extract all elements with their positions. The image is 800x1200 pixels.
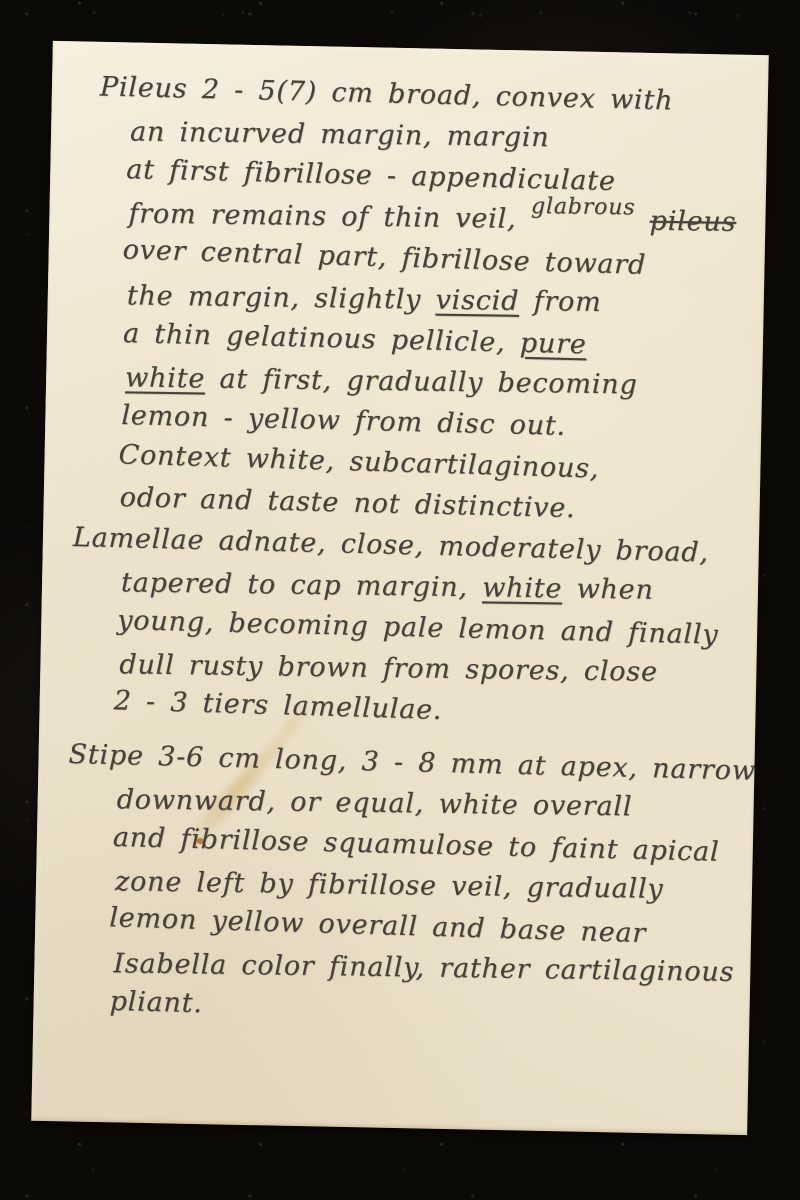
note-text: at first, gradually becoming: [205, 363, 638, 400]
note-text: an incurved margin, margin: [130, 116, 550, 153]
handwritten-note: Pileus 2 - 5(7) cm broad, convex withan …: [33, 41, 769, 1036]
note-text: from: [519, 286, 602, 318]
note-text: downward, or equal, white overall: [116, 784, 632, 822]
word-underline: viscid: [435, 285, 519, 317]
note-text: from remains of thin veil,: [128, 198, 531, 235]
note-text: at first fibrillose - appendiculate: [126, 154, 616, 197]
paragraph-lamellae: Lamellae adnate, close, moderately broad…: [59, 518, 741, 737]
note-text: the margin, slightly: [127, 280, 436, 315]
note-text: 2 - 3 tiers lamellulae.: [113, 685, 442, 726]
note-text: Isabella color finally, rather cartilagi…: [113, 948, 734, 988]
photo-background: Pileus 2 - 5(7) cm broad, convex withan …: [0, 0, 800, 1200]
note-text: Lamellae adnate, close, moderately broad…: [73, 522, 710, 569]
note-text: pliant.: [109, 986, 203, 1019]
note-text: over central part, fibrillose toward: [122, 234, 646, 281]
paragraph-pileus: Pileus 2 - 5(7) cm broad, convex withan …: [63, 67, 750, 532]
word-underline: pure: [520, 328, 588, 361]
note-text: lemon yellow overall and base near: [109, 902, 647, 949]
note-card: Pileus 2 - 5(7) cm broad, convex withan …: [31, 41, 769, 1135]
note-text: a thin gelatinous pellicle,: [123, 318, 521, 359]
note-text: tapered to cap margin,: [121, 567, 483, 603]
paragraph-stipe: Stipe 3-6 cm long, 3 - 8 mm at apex, nar…: [53, 735, 737, 1036]
word-underline: white: [482, 572, 562, 604]
note-text: young, becoming pale lemon and finally: [117, 605, 719, 651]
word-struck: pileus: [649, 206, 736, 238]
note-text: when: [562, 573, 654, 605]
note-text: odor and taste not distinctive.: [119, 482, 575, 524]
note-text: and fibrillose squamulose to faint apica…: [113, 822, 720, 868]
note-text: Pileus 2 - 5(7) cm broad, convex with: [100, 71, 674, 116]
word-inserted: glabrous: [531, 193, 636, 220]
word-underline: white: [125, 362, 205, 394]
note-text: [635, 205, 650, 236]
